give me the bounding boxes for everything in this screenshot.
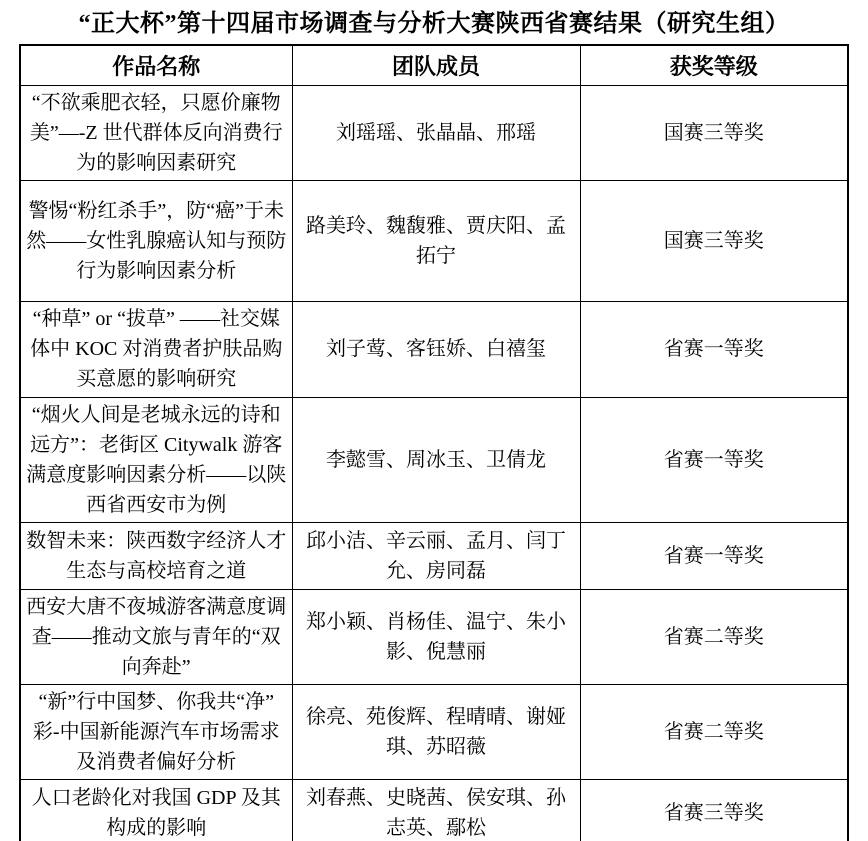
- award-level-cell: 省赛一等奖: [580, 397, 848, 522]
- team-members-cell: 刘子莺、客钰娇、白禧玺: [292, 301, 580, 397]
- work-title-cell: 西安大唐不夜城游客满意度调查——推动文旅与青年的“双向奔赴”: [20, 589, 292, 684]
- results-table-body: “不欲乘肥衣轻，只愿价廉物美”—-Z 世代群体反向消费行为的影响因素研究 刘瑶瑶…: [20, 85, 848, 841]
- results-table: 作品名称 团队成员 获奖等级 “不欲乘肥衣轻，只愿价廉物美”—-Z 世代群体反向…: [19, 44, 849, 841]
- table-row: “不欲乘肥衣轻，只愿价廉物美”—-Z 世代群体反向消费行为的影响因素研究 刘瑶瑶…: [20, 85, 848, 180]
- award-level-cell: 国赛三等奖: [580, 180, 848, 301]
- column-header-team-members: 团队成员: [292, 45, 580, 85]
- work-title-cell: 警惕“粉红杀手”，防“癌”于未然——女性乳腺癌认知与预防行为影响因素分析: [20, 180, 292, 301]
- team-members-cell: 邱小洁、辛云丽、孟月、闫丁允、房同磊: [292, 522, 580, 589]
- award-level-cell: 省赛一等奖: [580, 301, 848, 397]
- work-title-cell: “烟火人间是老城永远的诗和远方”：老街区 Citywalk 游客满意度影响因素分…: [20, 397, 292, 522]
- document-page: “正大杯”第十四届市场调查与分析大赛陕西省赛结果（研究生组） 作品名称 团队成员…: [0, 0, 868, 841]
- award-level-cell: 省赛二等奖: [580, 684, 848, 779]
- team-members-cell: 路美玲、魏馥雅、贾庆阳、孟拓宁: [292, 180, 580, 301]
- results-table-header: 作品名称 团队成员 获奖等级: [20, 45, 848, 85]
- table-row: 警惕“粉红杀手”，防“癌”于未然——女性乳腺癌认知与预防行为影响因素分析 路美玲…: [20, 180, 848, 301]
- award-level-cell: 省赛二等奖: [580, 589, 848, 684]
- award-level-cell: 国赛三等奖: [580, 85, 848, 180]
- table-row: “种草” or “拔草” ——社交媒体中 KOC 对消费者护肤品购买意愿的影响研…: [20, 301, 848, 397]
- team-members-cell: 刘春燕、史晓茜、侯安琪、孙志英、鄢松: [292, 779, 580, 841]
- column-header-award-level: 获奖等级: [580, 45, 848, 85]
- team-members-cell: 李懿雪、周冰玉、卫倩龙: [292, 397, 580, 522]
- work-title-cell: “不欲乘肥衣轻，只愿价廉物美”—-Z 世代群体反向消费行为的影响因素研究: [20, 85, 292, 180]
- award-level-cell: 省赛一等奖: [580, 522, 848, 589]
- table-row: 西安大唐不夜城游客满意度调查——推动文旅与青年的“双向奔赴” 郑小颖、肖杨佳、温…: [20, 589, 848, 684]
- work-title-cell: 数智未来：陕西数字经济人才生态与高校培育之道: [20, 522, 292, 589]
- header-row: 作品名称 团队成员 获奖等级: [20, 45, 848, 85]
- team-members-cell: 刘瑶瑶、张晶晶、邢瑶: [292, 85, 580, 180]
- work-title-cell: “新”行中国梦、你我共“净”彩-中国新能源汽车市场需求及消费者偏好分析: [20, 684, 292, 779]
- table-row: “新”行中国梦、你我共“净”彩-中国新能源汽车市场需求及消费者偏好分析 徐亮、苑…: [20, 684, 848, 779]
- team-members-cell: 郑小颖、肖杨佳、温宁、朱小影、倪慧丽: [292, 589, 580, 684]
- page-title: “正大杯”第十四届市场调查与分析大赛陕西省赛结果（研究生组）: [0, 0, 868, 41]
- table-row: “烟火人间是老城永远的诗和远方”：老街区 Citywalk 游客满意度影响因素分…: [20, 397, 848, 522]
- column-header-work-title: 作品名称: [20, 45, 292, 85]
- table-row: 人口老龄化对我国 GDP 及其构成的影响 刘春燕、史晓茜、侯安琪、孙志英、鄢松 …: [20, 779, 848, 841]
- work-title-cell: “种草” or “拔草” ——社交媒体中 KOC 对消费者护肤品购买意愿的影响研…: [20, 301, 292, 397]
- team-members-cell: 徐亮、苑俊辉、程晴晴、谢娅琪、苏昭薇: [292, 684, 580, 779]
- work-title-cell: 人口老龄化对我国 GDP 及其构成的影响: [20, 779, 292, 841]
- table-row: 数智未来：陕西数字经济人才生态与高校培育之道 邱小洁、辛云丽、孟月、闫丁允、房同…: [20, 522, 848, 589]
- award-level-cell: 省赛三等奖: [580, 779, 848, 841]
